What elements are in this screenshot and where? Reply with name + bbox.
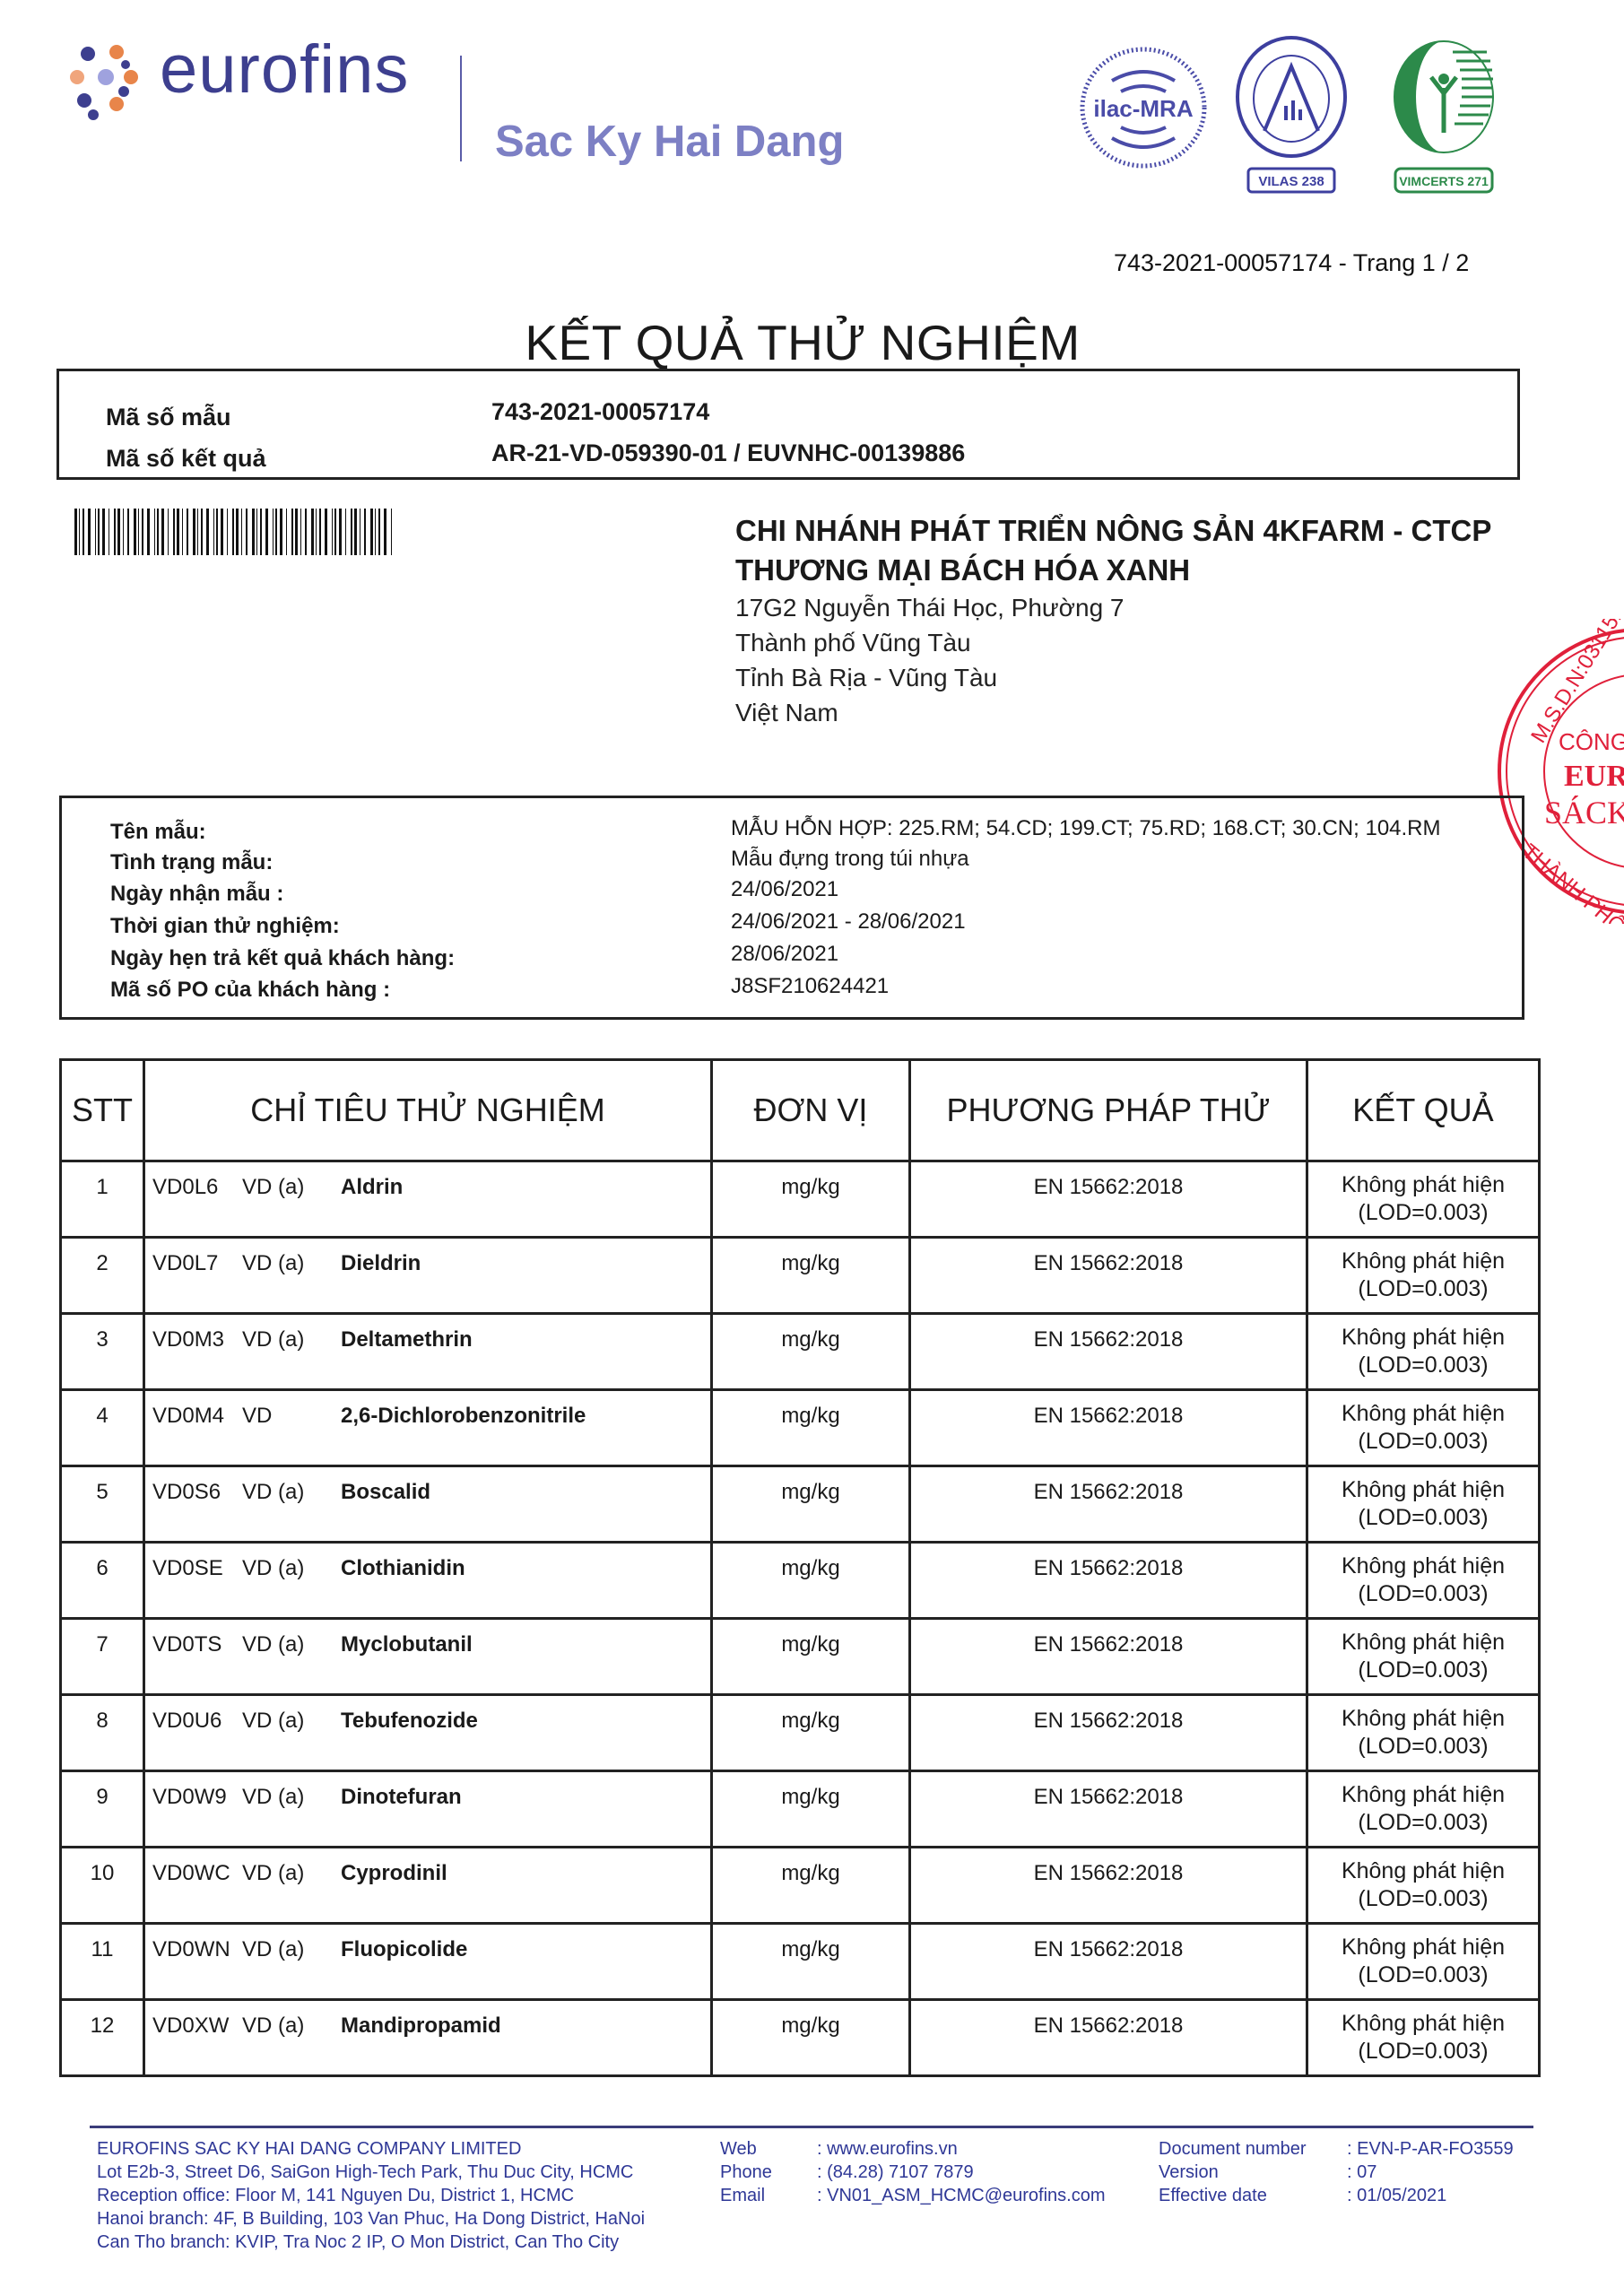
due-date-value: 28/06/2021 (731, 942, 838, 967)
customer-block: CHI NHÁNH PHÁT TRIỂN NÔNG SẢN 4KFARM - C… (735, 511, 1524, 730)
table-row: 1 VD0L6VD(a)Aldrin mg/kg EN 15662:2018 K… (61, 1161, 1540, 1238)
row-unit: mg/kg (712, 1848, 910, 1924)
test-matrix: VD (242, 1709, 278, 1734)
test-matrix: VD (242, 1480, 278, 1505)
row-index: 3 (61, 1314, 144, 1390)
row-method: EN 15662:2018 (910, 1161, 1307, 1238)
sub-brand-name: Sac Ky Hai Dang (495, 120, 844, 164)
row-test-item: VD0L7VD(a)Dieldrin (144, 1238, 712, 1314)
results-table: STT CHỈ TIÊU THỬ NGHIỆM ĐƠN VỊ PHƯƠNG PH… (59, 1058, 1541, 2077)
footer-address-line: Can Tho branch: KVIP, Tra Noc 2 IP, O Mo… (97, 2231, 645, 2254)
sample-name-label: Tên mẫu: (110, 820, 206, 845)
row-result: Không phát hiện(LOD=0.003) (1307, 1314, 1540, 1390)
svg-text:ilac-MRA: ilac-MRA (1093, 95, 1193, 122)
accreditation-flag: (a) (278, 1556, 341, 1581)
row-result: Không phát hiện(LOD=0.003) (1307, 1543, 1540, 1619)
row-method: EN 15662:2018 (910, 1848, 1307, 1924)
test-code: VD0U6 (152, 1709, 242, 1734)
table-row: 10 VD0WCVD(a)Cyprodinil mg/kg EN 15662:2… (61, 1848, 1540, 1924)
document-number-label: Document number (1159, 2137, 1347, 2161)
row-result: Không phát hiện(LOD=0.003) (1307, 2000, 1540, 2076)
row-method: EN 15662:2018 (910, 1543, 1307, 1619)
document-title: KẾT QUẢ THỬ NGHIỆM (0, 314, 1605, 371)
row-method: EN 15662:2018 (910, 2000, 1307, 2076)
row-test-item: VD0WCVD(a)Cyprodinil (144, 1848, 712, 1924)
row-method: EN 15662:2018 (910, 1390, 1307, 1466)
customer-address-line: Thành phố Vũng Tàu (735, 625, 1524, 660)
column-header-result: KẾT QUẢ (1307, 1060, 1540, 1161)
row-test-item: VD0S6VD(a)Boscalid (144, 1466, 712, 1543)
accreditation-flag: (a) (278, 1785, 341, 1810)
row-result: Không phát hiện(LOD=0.003) (1307, 1390, 1540, 1466)
test-matrix: VD (242, 1175, 278, 1200)
test-code: VD0XW (152, 2013, 242, 2039)
accreditation-flag: (a) (278, 1937, 341, 1962)
test-matrix: VD (242, 1861, 278, 1886)
test-code: VD0M3 (152, 1327, 242, 1352)
row-index: 5 (61, 1466, 144, 1543)
sample-code-value: 743-2021-00057174 (491, 398, 709, 426)
analyte-name: Dinotefuran (341, 1785, 462, 1809)
test-code: VD0TS (152, 1632, 242, 1657)
row-method: EN 15662:2018 (910, 1924, 1307, 2000)
row-index: 12 (61, 2000, 144, 2076)
received-date-value: 24/06/2021 (731, 877, 838, 902)
result-code-label: Mã số kết quả (106, 445, 266, 473)
footer-address-line: Hanoi branch: 4F, B Building, 103 Van Ph… (97, 2207, 645, 2231)
ilac-mra-icon: ilac-MRA (1076, 45, 1211, 170)
table-row: 5 VD0S6VD(a)Boscalid mg/kg EN 15662:2018… (61, 1466, 1540, 1543)
customer-address-line: Tỉnh Bà Rịa - Vũng Tàu (735, 660, 1524, 695)
eurofins-logo-icon (66, 41, 145, 120)
row-method: EN 15662:2018 (910, 1619, 1307, 1695)
analyte-name: Deltamethrin (341, 1327, 473, 1352)
analyte-name: Tebufenozide (341, 1709, 478, 1733)
footer-address-line: Reception office: Floor M, 141 Nguyen Du… (97, 2184, 645, 2207)
table-row: 4 VD0M4VD2,6-Dichlorobenzonitrile mg/kg … (61, 1390, 1540, 1466)
row-method: EN 15662:2018 (910, 1238, 1307, 1314)
row-unit: mg/kg (712, 1543, 910, 1619)
row-test-item: VD0W9VD(a)Dinotefuran (144, 1771, 712, 1848)
customer-name-line1: CHI NHÁNH PHÁT TRIỂN NÔNG SẢN 4KFARM - C… (735, 511, 1524, 551)
footer-web-link[interactable]: : www.eurofins.vn (817, 2137, 958, 2161)
row-result: Không phát hiện(LOD=0.003) (1307, 1924, 1540, 2000)
table-row: 6 VD0SEVD(a)Clothianidin mg/kg EN 15662:… (61, 1543, 1540, 1619)
svg-text:CÔNG: CÔNG (1559, 728, 1624, 755)
row-method: EN 15662:2018 (910, 1466, 1307, 1543)
footer-email-label: Email (720, 2184, 817, 2207)
table-row: 3 VD0M3VD(a)Deltamethrin mg/kg EN 15662:… (61, 1314, 1540, 1390)
sample-code-label: Mã số mẫu (106, 404, 231, 431)
row-result: Không phát hiện(LOD=0.003) (1307, 1238, 1540, 1314)
test-matrix: VD (242, 1632, 278, 1657)
row-test-item: VD0M4VD2,6-Dichlorobenzonitrile (144, 1390, 712, 1466)
row-index: 4 (61, 1390, 144, 1466)
row-test-item: VD0SEVD(a)Clothianidin (144, 1543, 712, 1619)
customer-address-line: Việt Nam (735, 695, 1524, 730)
row-unit: mg/kg (712, 2000, 910, 2076)
row-test-item: VD0U6VD(a)Tebufenozide (144, 1695, 712, 1771)
effective-date-label: Effective date (1159, 2184, 1347, 2207)
svg-text:SÁCKÝ: SÁCKÝ (1544, 795, 1624, 831)
row-test-item: VD0XWVD(a)Mandipropamid (144, 2000, 712, 2076)
analyte-name: Clothianidin (341, 1556, 465, 1580)
accreditation-flag: (a) (278, 1251, 341, 1276)
test-period-label: Thời gian thử nghiệm: (110, 914, 340, 939)
row-index: 7 (61, 1619, 144, 1695)
row-unit: mg/kg (712, 1238, 910, 1314)
accreditation-flag: (a) (278, 1632, 341, 1657)
row-unit: mg/kg (712, 1695, 910, 1771)
footer-phone-label: Phone (720, 2161, 817, 2184)
test-matrix: VD (242, 1556, 278, 1581)
accreditation-flag: (a) (278, 1327, 341, 1352)
footer-web-label: Web (720, 2137, 817, 2161)
accreditation-flag: (a) (278, 1480, 341, 1505)
analyte-name: Mandipropamid (341, 2013, 501, 2038)
row-test-item: VD0M3VD(a)Deltamethrin (144, 1314, 712, 1390)
row-method: EN 15662:2018 (910, 1314, 1307, 1390)
footer-company-info: EUROFINS SAC KY HAI DANG COMPANY LIMITED… (97, 2137, 645, 2254)
footer-company-name: EUROFINS SAC KY HAI DANG COMPANY LIMITED (97, 2137, 645, 2161)
barcode-icon (74, 509, 397, 555)
table-header-row: STT CHỈ TIÊU THỬ NGHIỆM ĐƠN VỊ PHƯƠNG PH… (61, 1060, 1540, 1161)
test-matrix: VD (242, 1785, 278, 1810)
row-result: Không phát hiện(LOD=0.003) (1307, 1848, 1540, 1924)
page-reference: 743-2021-00057174 - Trang 1 / 2 (1114, 249, 1469, 277)
received-date-label: Ngày nhận mẫu : (110, 882, 283, 907)
version-value: : 07 (1347, 2161, 1376, 2184)
row-unit: mg/kg (712, 1466, 910, 1543)
row-result: Không phát hiện(LOD=0.003) (1307, 1466, 1540, 1543)
column-header-stt: STT (61, 1060, 144, 1161)
test-period-value: 24/06/2021 - 28/06/2021 (731, 909, 966, 935)
row-index: 9 (61, 1771, 144, 1848)
row-method: EN 15662:2018 (910, 1771, 1307, 1848)
test-code: VD0WN (152, 1937, 242, 1962)
row-test-item: VD0WNVD(a)Fluopicolide (144, 1924, 712, 2000)
bureau-of-accreditation-icon: VILAS 238 (1229, 34, 1354, 196)
table-row: 9 VD0W9VD(a)Dinotefuran mg/kg EN 15662:2… (61, 1771, 1540, 1848)
test-code: VD0M4 (152, 1404, 242, 1429)
row-index: 1 (61, 1161, 144, 1238)
row-result: Không phát hiện(LOD=0.003) (1307, 1619, 1540, 1695)
test-code: VD0WC (152, 1861, 242, 1886)
version-label: Version (1159, 2161, 1347, 2184)
po-number-value: J8SF210624421 (731, 974, 889, 999)
test-code: VD0S6 (152, 1480, 242, 1505)
footer-email-link[interactable]: : VN01_ASM_HCMC@eurofins.com (817, 2184, 1106, 2207)
row-unit: mg/kg (712, 1619, 910, 1695)
test-code: VD0SE (152, 1556, 242, 1581)
test-matrix: VD (242, 2013, 278, 2039)
table-row: 11 VD0WNVD(a)Fluopicolide mg/kg EN 15662… (61, 1924, 1540, 2000)
accreditation-flag: (a) (278, 1175, 341, 1200)
test-matrix: VD (242, 1937, 278, 1962)
accreditation-flag: (a) (278, 2013, 341, 2039)
footer-address-line: Lot E2b-3, Street D6, SaiGon High-Tech P… (97, 2161, 645, 2184)
customer-address-line: 17G2 Nguyễn Thái Học, Phường 7 (735, 590, 1524, 625)
row-unit: mg/kg (712, 1314, 910, 1390)
row-index: 2 (61, 1238, 144, 1314)
table-row: 2 VD0L7VD(a)Dieldrin mg/kg EN 15662:2018… (61, 1238, 1540, 1314)
test-matrix: VD (242, 1404, 278, 1429)
footer-document-info: Document number: EVN-P-AR-FO3559 Version… (1159, 2137, 1514, 2207)
row-result: Không phát hiện(LOD=0.003) (1307, 1695, 1540, 1771)
test-matrix: VD (242, 1251, 278, 1276)
test-code: VD0L6 (152, 1175, 242, 1200)
sample-condition-value: Mẫu đựng trong túi nhựa (731, 847, 969, 872)
accreditation-flag: (a) (278, 1861, 341, 1886)
row-result: Không phát hiện(LOD=0.003) (1307, 1771, 1540, 1848)
analyte-name: Aldrin (341, 1175, 403, 1199)
test-code: VD0L7 (152, 1251, 242, 1276)
analyte-name: Dieldrin (341, 1251, 421, 1275)
sample-name-value: MẪU HỖN HỢP: 225.RM; 54.CD; 199.CT; 75.R… (731, 816, 1441, 841)
analyte-name: Boscalid (341, 1480, 430, 1504)
row-method: EN 15662:2018 (910, 1695, 1307, 1771)
analyte-name: 2,6-Dichlorobenzonitrile (341, 1404, 586, 1428)
row-unit: mg/kg (712, 1161, 910, 1238)
row-unit: mg/kg (712, 1390, 910, 1466)
table-row: 8 VD0U6VD(a)Tebufenozide mg/kg EN 15662:… (61, 1695, 1540, 1771)
sample-id-box: Mã số mẫu 743-2021-00057174 Mã số kết qu… (56, 369, 1520, 480)
row-index: 8 (61, 1695, 144, 1771)
row-test-item: VD0L6VD(a)Aldrin (144, 1161, 712, 1238)
row-unit: mg/kg (712, 1771, 910, 1848)
row-index: 10 (61, 1848, 144, 1924)
logo-divider (460, 56, 462, 161)
row-test-item: VD0TSVD(a)Myclobutanil (144, 1619, 712, 1695)
footer-divider (90, 2126, 1533, 2128)
svg-text:EUR: EUR (1564, 760, 1624, 793)
row-index: 6 (61, 1543, 144, 1619)
table-row: 12 VD0XWVD(a)Mandipropamid mg/kg EN 1566… (61, 2000, 1540, 2076)
sample-condition-label: Tình trạng mẫu: (110, 850, 273, 875)
svg-text:VIMCERTS 271: VIMCERTS 271 (1399, 174, 1489, 188)
accreditation-flag: (a) (278, 1709, 341, 1734)
moi-truong-viet-nam-icon: VIMCERTS 271 (1381, 34, 1507, 196)
sample-info-box: Tên mẫu: MẪU HỖN HỢP: 225.RM; 54.CD; 199… (59, 796, 1524, 1020)
row-index: 11 (61, 1924, 144, 2000)
row-result: Không phát hiện(LOD=0.003) (1307, 1161, 1540, 1238)
svg-text:VILAS 238: VILAS 238 (1258, 174, 1324, 189)
column-header-unit: ĐƠN VỊ (712, 1060, 910, 1161)
document-number-value: : EVN-P-AR-FO3559 (1347, 2137, 1514, 2161)
footer-contact-info: Web: www.eurofins.vn Phone: (84.28) 7107… (720, 2137, 1106, 2207)
test-matrix: VD (242, 1327, 278, 1352)
analyte-name: Myclobutanil (341, 1632, 473, 1657)
analyte-name: Fluopicolide (341, 1937, 467, 1961)
customer-name-line2: THƯƠNG MẠI BÁCH HÓA XANH (735, 551, 1524, 590)
analyte-name: Cyprodinil (341, 1861, 447, 1885)
po-number-label: Mã số PO của khách hàng : (110, 978, 390, 1003)
table-row: 7 VD0TSVD(a)Myclobutanil mg/kg EN 15662:… (61, 1619, 1540, 1695)
svg-text:THÀNH PHỐ: THÀNH PHỐ (1517, 839, 1624, 924)
footer-phone-value: : (84.28) 7107 7879 (817, 2161, 974, 2184)
row-unit: mg/kg (712, 1924, 910, 2000)
test-code: VD0W9 (152, 1785, 242, 1810)
result-code-value: AR-21-VD-059390-01 / EUVNHC-00139886 (491, 439, 965, 467)
due-date-label: Ngày hẹn trả kết quả khách hàng: (110, 946, 455, 971)
column-header-test: CHỈ TIÊU THỬ NGHIỆM (144, 1060, 712, 1161)
effective-date-value: : 01/05/2021 (1347, 2184, 1446, 2207)
column-header-method: PHƯƠNG PHÁP THỬ (910, 1060, 1307, 1161)
brand-name: eurofins (160, 36, 409, 104)
